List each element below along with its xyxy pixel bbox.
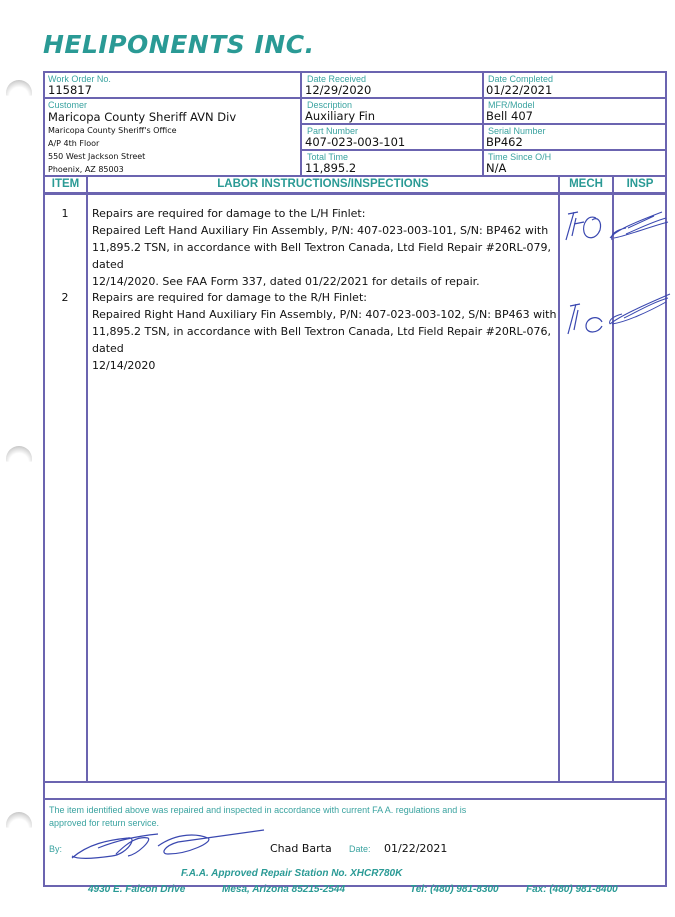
part-number-value: 407-023-003-101 bbox=[305, 136, 405, 149]
date-received-value: 12/29/2020 bbox=[305, 84, 371, 97]
description-value: Auxiliary Fin bbox=[305, 110, 375, 123]
footer-city: Mesa, Arizona 85215-2544 bbox=[222, 884, 345, 895]
customer-name: Maricopa County Sheriff AVN Div bbox=[48, 111, 236, 124]
customer-address-line: A/P 4th Floor bbox=[48, 137, 99, 150]
certification-line: The item identified above was repaired a… bbox=[49, 804, 649, 817]
row-line: Repairs are required for damage to the R… bbox=[92, 289, 562, 306]
hole-punch-top bbox=[6, 80, 32, 106]
time-since-oh-value: N/A bbox=[486, 162, 506, 175]
item-number: 2 bbox=[45, 291, 85, 304]
column-header-mech: MECH bbox=[560, 178, 612, 190]
date-completed-value: 01/22/2021 bbox=[486, 84, 552, 97]
date-label: Date: bbox=[349, 843, 371, 856]
mech-initials-row-1 bbox=[562, 206, 612, 246]
footer-fax: Fax: (480) 981-8400 bbox=[526, 884, 618, 895]
total-time-value: 11,895.2 bbox=[305, 162, 356, 175]
repair-station-number: F.A.A. Approved Repair Station No. XHCR7… bbox=[181, 868, 402, 879]
customer-label: Customer bbox=[48, 100, 87, 110]
customer-address-line: Maricopa County Sheriff's Office bbox=[48, 124, 177, 137]
table-row: Repairs are required for damage to the R… bbox=[92, 289, 562, 374]
row-line: 12/14/2020 bbox=[92, 357, 562, 374]
work-order-value: 115817 bbox=[48, 84, 92, 97]
column-header-item: ITEM bbox=[45, 178, 86, 190]
insp-initials-row-1 bbox=[606, 208, 675, 248]
footer-tel: Tel: (480) 981-8300 bbox=[410, 884, 499, 895]
row-line: 11,895.2 TSN, in accordance with Bell Te… bbox=[92, 323, 562, 357]
row-line: Repaired Left Hand Auxiliary Fin Assembl… bbox=[92, 222, 562, 239]
row-line: 12/14/2020. See FAA Form 337, dated 01/2… bbox=[92, 273, 562, 290]
customer-address-line: 550 West Jackson Street bbox=[48, 150, 145, 163]
signature-scribble bbox=[68, 826, 288, 862]
column-header-insp: INSP bbox=[614, 178, 666, 190]
column-header-labor: LABOR INSTRUCTIONS/INSPECTIONS bbox=[88, 178, 558, 190]
hole-punch-bottom bbox=[6, 812, 32, 838]
row-line: Repaired Right Hand Auxiliary Fin Assemb… bbox=[92, 306, 562, 323]
signature-date: 01/22/2021 bbox=[384, 842, 447, 855]
insp-initials-row-2 bbox=[606, 290, 675, 330]
company-name: HELIPONENTS INC. bbox=[43, 30, 315, 59]
serial-number-value: BP462 bbox=[486, 136, 523, 149]
signer-name: Chad Barta bbox=[270, 842, 332, 855]
footer-address: 4930 E. Falcon Drive bbox=[88, 884, 185, 895]
mfr-model-value: Bell 407 bbox=[486, 110, 533, 123]
mech-initials-row-2 bbox=[562, 300, 612, 340]
row-line: 11,895.2 TSN, in accordance with Bell Te… bbox=[92, 239, 562, 273]
hole-punch-middle bbox=[6, 446, 32, 472]
item-number: 1 bbox=[45, 207, 85, 220]
row-line: Repairs are required for damage to the L… bbox=[92, 205, 562, 222]
table-row: Repairs are required for damage to the L… bbox=[92, 205, 562, 290]
by-label: By: bbox=[49, 843, 62, 856]
